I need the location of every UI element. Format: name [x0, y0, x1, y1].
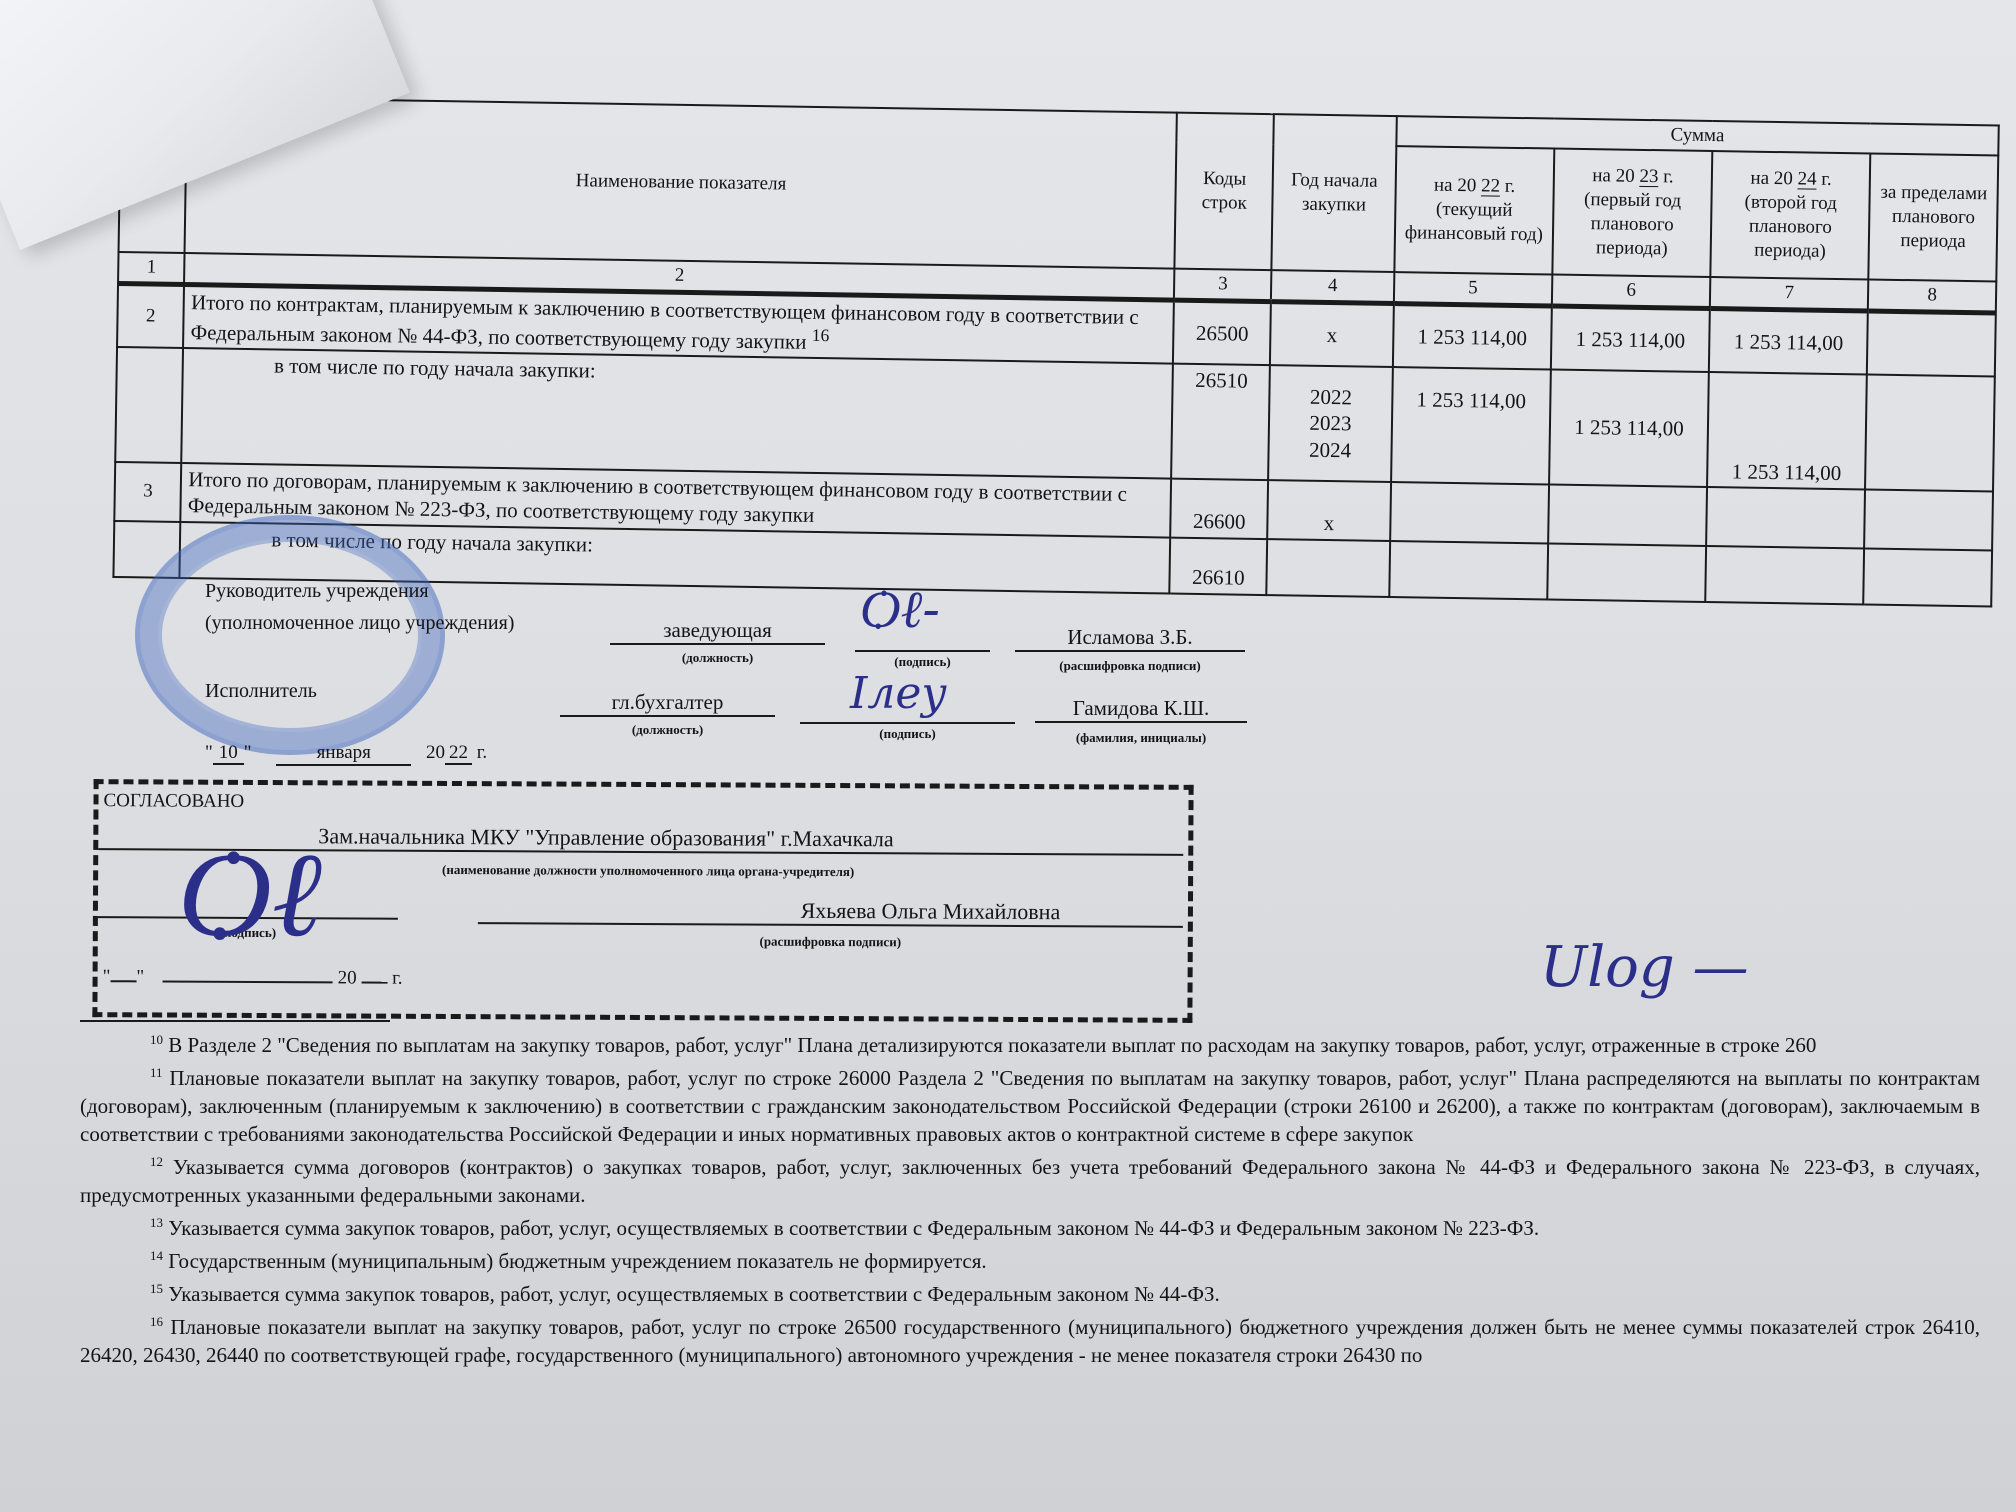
- footnote: 13 Указывается сумма закупок товаров, ра…: [80, 1209, 1980, 1242]
- executor-signature-ink: Ілеу: [850, 668, 947, 719]
- document-page: № п/п Наименование показателя Коды строк…: [0, 0, 2016, 1512]
- col6-suffix: г.: [1663, 167, 1674, 188]
- col5-suffix: г.: [1505, 176, 1516, 197]
- footnote: 15 Указывается сумма закупок товаров, ра…: [80, 1275, 1980, 1308]
- row-value-col8: [1864, 548, 1993, 606]
- row-value-col5: [1390, 482, 1549, 543]
- approval-caption-decode: (расшифровка подписи): [478, 932, 1183, 952]
- date-month: января: [276, 742, 411, 766]
- footnote-text: Указывается сумма закупок товаров, работ…: [168, 1282, 1220, 1306]
- table-header-row: № п/п Наименование показателя Коды строк…: [121, 96, 1999, 155]
- row-value-col7: 1 253 114,00: [1707, 372, 1867, 489]
- approval-signature-ink: Ѻℓ: [178, 825, 323, 965]
- footnote-number: 16: [150, 1314, 163, 1329]
- year-item: 2022: [1275, 383, 1388, 411]
- footnote-text: Плановые показатели выплат на закупку то…: [80, 1066, 1980, 1146]
- row-value-col8: [1867, 310, 1996, 376]
- row-value-col6: 1 253 114,00: [1551, 306, 1710, 372]
- col-number: 7: [1710, 277, 1869, 311]
- footnote-text: В Разделе 2 "Сведения по выплатам на зак…: [168, 1033, 1816, 1057]
- header-col8: за пределами планового периода: [1869, 153, 1999, 281]
- approval-date-year-prefix: 20: [338, 967, 357, 988]
- date-day: 10: [213, 742, 244, 765]
- footnote: 10 В Разделе 2 "Сведения по выплатам на …: [80, 1026, 1980, 1059]
- executor-label: Исполнитель: [205, 680, 317, 703]
- approval-block: СОГЛАСОВАНО Зам.начальника МКУ "Управлен…: [92, 779, 1193, 1023]
- header-code: Коды строк: [1175, 113, 1274, 270]
- row-code: 26510: [1171, 364, 1270, 481]
- row-year: x: [1270, 301, 1393, 367]
- footnote: 16 Плановые показатели выплат на закупку…: [80, 1308, 1980, 1369]
- footnote-text: Указывается сумма закупок товаров, работ…: [168, 1216, 1539, 1240]
- row-value-col6: [1548, 484, 1707, 545]
- col-number: 6: [1552, 274, 1711, 308]
- footnote-number: 13: [150, 1215, 163, 1230]
- col6-year: 23: [1639, 166, 1658, 187]
- year-item: 2024: [1274, 436, 1387, 464]
- date-year-prefix: 20: [426, 742, 445, 763]
- col7-year: 24: [1797, 169, 1816, 190]
- header-col5: на 20 22 г. (текущий финансовый год): [1394, 146, 1554, 274]
- approval-position-caption: (наименование должности уполномоченного …: [298, 861, 998, 881]
- head-sublabel: (уполномоченное лицо учреждения): [205, 612, 514, 635]
- col5-prefix: на 20: [1434, 175, 1477, 197]
- row-year: x: [1267, 480, 1390, 540]
- row-value-col6: [1547, 543, 1706, 601]
- col-number: 3: [1174, 268, 1271, 301]
- approval-name: Яхьяева Ольга Михайловна: [478, 896, 1183, 928]
- date-suffix: г.: [477, 742, 487, 763]
- footnote-text: Плановые показатели выплат на закупку то…: [80, 1315, 1980, 1367]
- row-value-col7: [1705, 545, 1864, 603]
- row-num: [115, 347, 183, 463]
- head-label: Руководитель учреждения: [205, 580, 429, 603]
- footnote: 11 Плановые показатели выплат на закупку…: [80, 1059, 1980, 1148]
- footnote-number: 11: [150, 1065, 163, 1080]
- head-position: заведующая: [610, 618, 825, 645]
- footnote-number: 12: [150, 1154, 163, 1169]
- footnote-ref: 16: [812, 325, 830, 345]
- row-value-col5: 1 253 114,00: [1391, 367, 1551, 484]
- footnote-number: 15: [150, 1281, 163, 1296]
- row-years: 2022 2023 2024: [1268, 365, 1392, 482]
- col-number: 8: [1868, 279, 1996, 312]
- col-number: 4: [1271, 270, 1394, 303]
- col6-prefix: на 20: [1592, 165, 1635, 187]
- row-value-col5: 1 253 114,00: [1393, 303, 1552, 369]
- row-value-col7: [1706, 487, 1865, 548]
- row-year: [1267, 539, 1390, 597]
- row-value-col8: [1865, 374, 1994, 491]
- col5-note: (текущий финансовый год): [1405, 199, 1543, 245]
- margin-signature-ink: Ulog —: [1540, 935, 1748, 1000]
- row-code: 26500: [1173, 300, 1271, 366]
- footnote-divider: [80, 1020, 390, 1022]
- row-value-col6: 1 253 114,00: [1549, 370, 1709, 487]
- approval-title: СОГЛАСОВАНО: [103, 790, 244, 813]
- row-name-text: Итого по контрактам, планируемым к заклю…: [190, 290, 1138, 354]
- row-value-col7: 1 253 114,00: [1709, 308, 1868, 374]
- caption-position: (должность): [610, 650, 825, 666]
- footnote-number: 14: [150, 1248, 163, 1263]
- footnotes: 10 В Разделе 2 "Сведения по выплатам на …: [80, 1020, 1980, 1369]
- col5-year: 22: [1481, 176, 1500, 197]
- row-num: 2: [117, 283, 184, 348]
- col7-note: (второй год планового периода): [1744, 192, 1837, 262]
- caption-signature: (подпись): [800, 726, 1015, 742]
- col7-suffix: г.: [1821, 169, 1832, 190]
- head-signature-line: [855, 640, 990, 652]
- date-year: 22: [445, 742, 472, 765]
- header-col7: на 20 24 г. (второй год планового период…: [1710, 151, 1870, 279]
- executor-position: гл.бухгалтер: [560, 690, 775, 717]
- footnote: 12 Указывается сумма договоров (контракт…: [80, 1148, 1980, 1209]
- col-number: 1: [118, 252, 185, 284]
- footnote-text: Государственным (муниципальным) бюджетны…: [168, 1249, 986, 1273]
- approval-date: "" 20 г.: [103, 966, 403, 990]
- signature-date: "10" января 2022 г.: [205, 742, 487, 766]
- year-item: 2023: [1274, 410, 1387, 438]
- head-name: Исламова З.Б.: [1015, 625, 1245, 652]
- row-name: в том числе по году начала закупки:: [182, 348, 1174, 479]
- row-num: 3: [114, 462, 181, 522]
- footnote-number: 10: [150, 1032, 163, 1047]
- row-code: 26600: [1171, 479, 1269, 539]
- caption-position: (должность): [560, 722, 775, 738]
- executor-name: Гамидова К.Ш.: [1035, 696, 1247, 723]
- approval-date-suffix: г.: [392, 968, 403, 989]
- header-col6: на 20 23 г. (первый год планового период…: [1552, 148, 1712, 276]
- procurement-table: № п/п Наименование показателя Коды строк…: [112, 95, 1999, 607]
- official-stamp: [135, 515, 445, 755]
- col7-prefix: на 20: [1750, 168, 1793, 190]
- row-value-col8: [1864, 489, 1993, 549]
- col-number: 5: [1394, 272, 1553, 306]
- footnote: 14 Государственным (муниципальным) бюдже…: [80, 1242, 1980, 1275]
- footnote-text: Указывается сумма договоров (контрактов)…: [80, 1155, 1980, 1207]
- col6-note: (первый год планового периода): [1584, 189, 1681, 259]
- row-code: 26610: [1170, 537, 1268, 595]
- caption-fio: (фамилия, инициалы): [1035, 730, 1247, 746]
- header-year-start: Год начала закупки: [1272, 114, 1397, 272]
- head-signature-ink: Ѻℓ-: [860, 580, 940, 640]
- row-value-col5: [1389, 541, 1548, 599]
- caption-decode: (расшифровка подписи): [1015, 658, 1245, 674]
